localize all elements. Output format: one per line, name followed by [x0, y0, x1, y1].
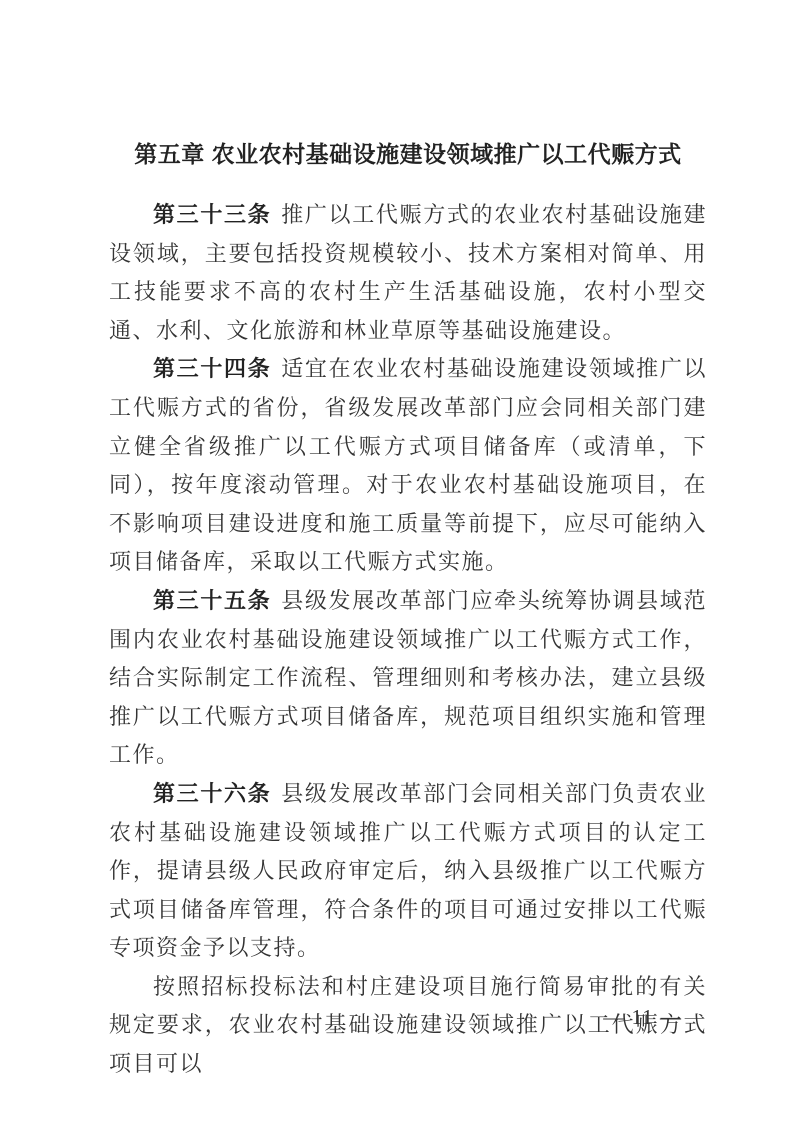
- article-text-35: 县级发展改革部门应牵头统筹协调县域范围内农业农村基础设施建设领域推广以工代赈方式…: [109, 588, 707, 767]
- document-page: 第五章 农业农村基础设施建设领域推广以工代赈方式 第三十三条推广以工代赈方式的农…: [0, 0, 794, 1123]
- article-paragraph-36: 第三十六条县级发展改革部门会同相关部门负责农业农村基础设施建设领域推广以工代赈方…: [109, 775, 707, 968]
- article-paragraph-34: 第三十四条适宜在农业农村基础设施建设领域推广以工代赈方式的省份，省级发展改革部门…: [109, 350, 707, 582]
- article-text-34: 适宜在农业农村基础设施建设领域推广以工代赈方式的省份，省级发展改革部门应会同相关…: [109, 356, 707, 574]
- article-number-36: 第三十六条: [153, 781, 271, 806]
- article-paragraph-35: 第三十五条县级发展改革部门应牵头统筹协调县域范围内农业农村基础设施建设领域推广以…: [109, 582, 707, 775]
- article-number-35: 第三十五条: [153, 588, 271, 613]
- article-number-34: 第三十四条: [153, 356, 271, 381]
- page-number: — 11 —: [603, 1005, 682, 1030]
- article-paragraph-33: 第三十三条推广以工代赈方式的农业农村基础设施建设领域，主要包括投资规模较小、技术…: [109, 196, 707, 350]
- article-number-33: 第三十三条: [153, 202, 271, 227]
- article-text-36: 县级发展改革部门会同相关部门负责农业农村基础设施建设领域推广以工代赈方式项目的认…: [109, 781, 707, 960]
- document-content: 第五章 农业农村基础设施建设领域推广以工代赈方式 第三十三条推广以工代赈方式的农…: [109, 140, 707, 1084]
- chapter-title: 第五章 农业农村基础设施建设领域推广以工代赈方式: [109, 140, 707, 168]
